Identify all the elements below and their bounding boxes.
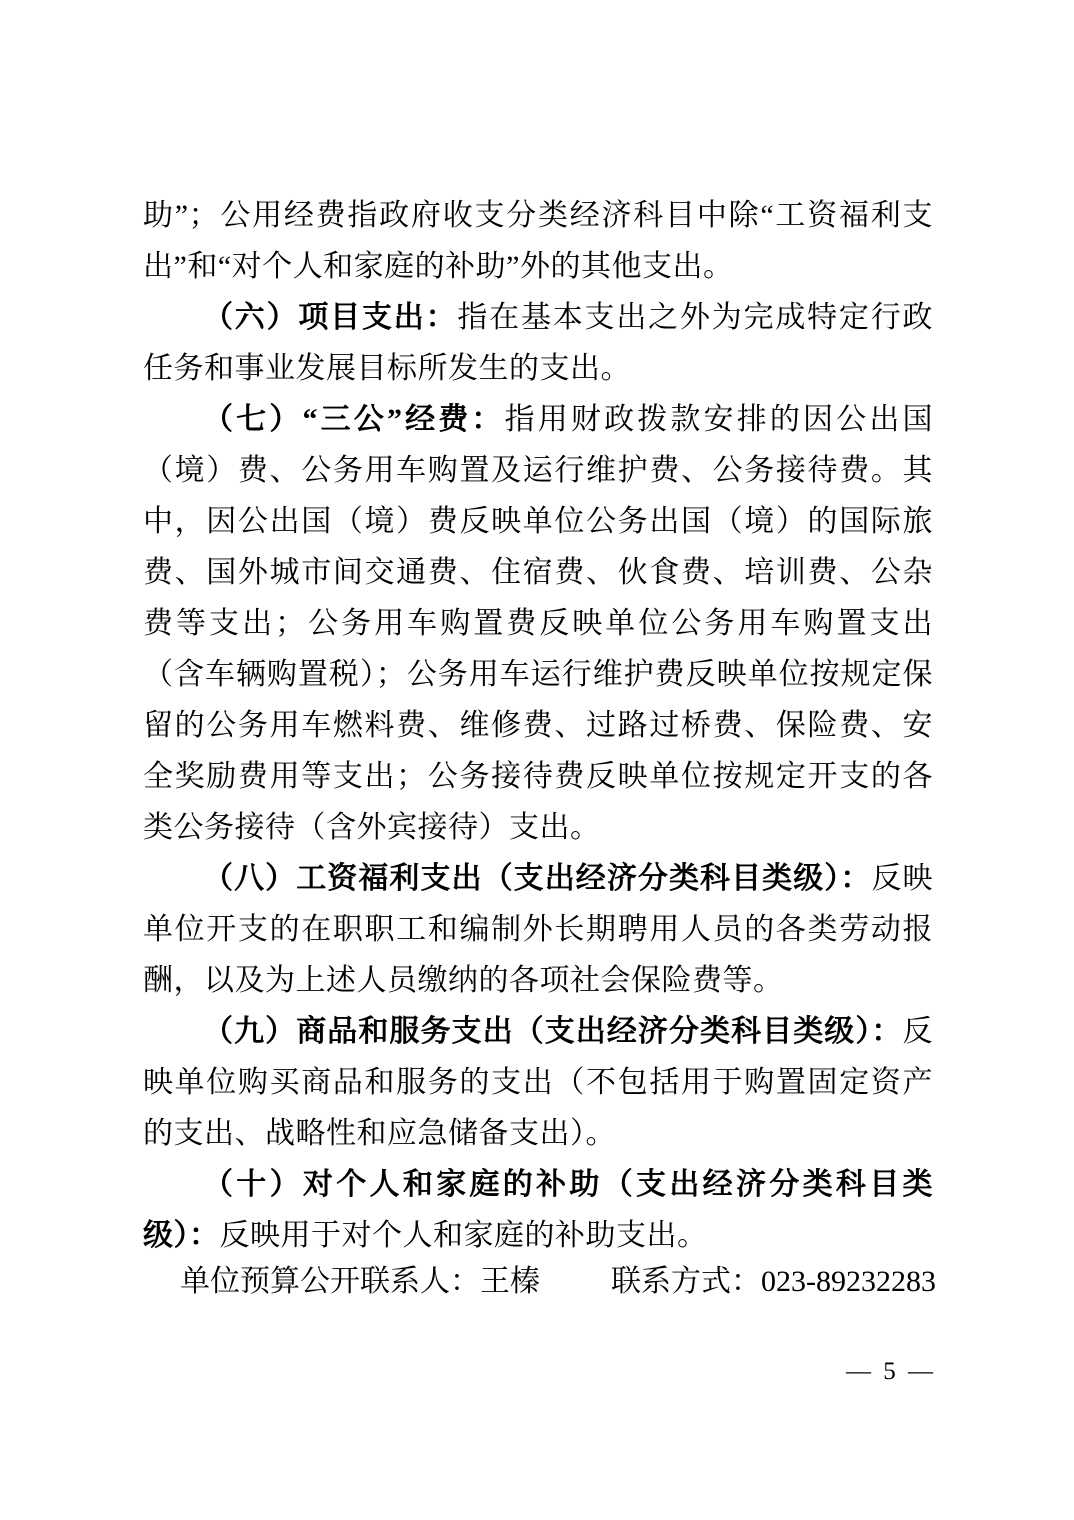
contact-footer: 单位预算公开联系人：王榛 联系方式：023-89232283 [180, 1260, 936, 1304]
contact-phone-number: 联系方式：023-89232283 [611, 1260, 936, 1304]
paragraph: （七）“三公”经费：指用财政拨款安排的因公出国（境）费、公务用车购置及运行维护费… [143, 394, 933, 853]
paragraph: （九）商品和服务支出（支出经济分类科目类级）：反映单位购买商品和服务的支出（不包… [143, 1006, 933, 1159]
budget-contact-person: 单位预算公开联系人：王榛 [180, 1260, 540, 1304]
paragraph-text: 反映用于对个人和家庭的补助支出。 [220, 1219, 708, 1252]
paragraph: 助”；公用经费指政府收支分类经济科目中除“工资福利支出”和“对个人和家庭的补助”… [143, 190, 933, 292]
paragraph-heading: （七）“三公”经费： [203, 403, 505, 436]
paragraph-heading: （八）工资福利支出（支出经济分类科目类级）： [203, 862, 871, 895]
paragraph: （十）对个人和家庭的补助（支出经济分类科目类级）：反映用于对个人和家庭的补助支出… [143, 1159, 933, 1261]
paragraph-heading: （九）商品和服务支出（支出经济分类科目类级）： [203, 1015, 903, 1048]
page-number: — 5 — [846, 1352, 936, 1392]
paragraph-text: 助”；公用经费指政府收支分类经济科目中除“工资福利支出”和“对个人和家庭的补助”… [143, 199, 933, 283]
paragraph-heading: （六）项目支出： [203, 301, 457, 334]
paragraph: （六）项目支出：指在基本支出之外为完成特定行政任务和事业发展目标所发生的支出。 [143, 292, 933, 394]
paragraph: （八）工资福利支出（支出经济分类科目类级）：反映单位开支的在职职工和编制外长期聘… [143, 853, 933, 1006]
paragraph-text: 指用财政拨款安排的因公出国（境）费、公务用车购置及运行维护费、公务接待费。其中，… [143, 403, 933, 844]
document-content: 助”；公用经费指政府收支分类经济科目中除“工资福利支出”和“对个人和家庭的补助”… [143, 190, 933, 1261]
document-page: 助”；公用经费指政府收支分类经济科目中除“工资福利支出”和“对个人和家庭的补助”… [0, 0, 1074, 1520]
